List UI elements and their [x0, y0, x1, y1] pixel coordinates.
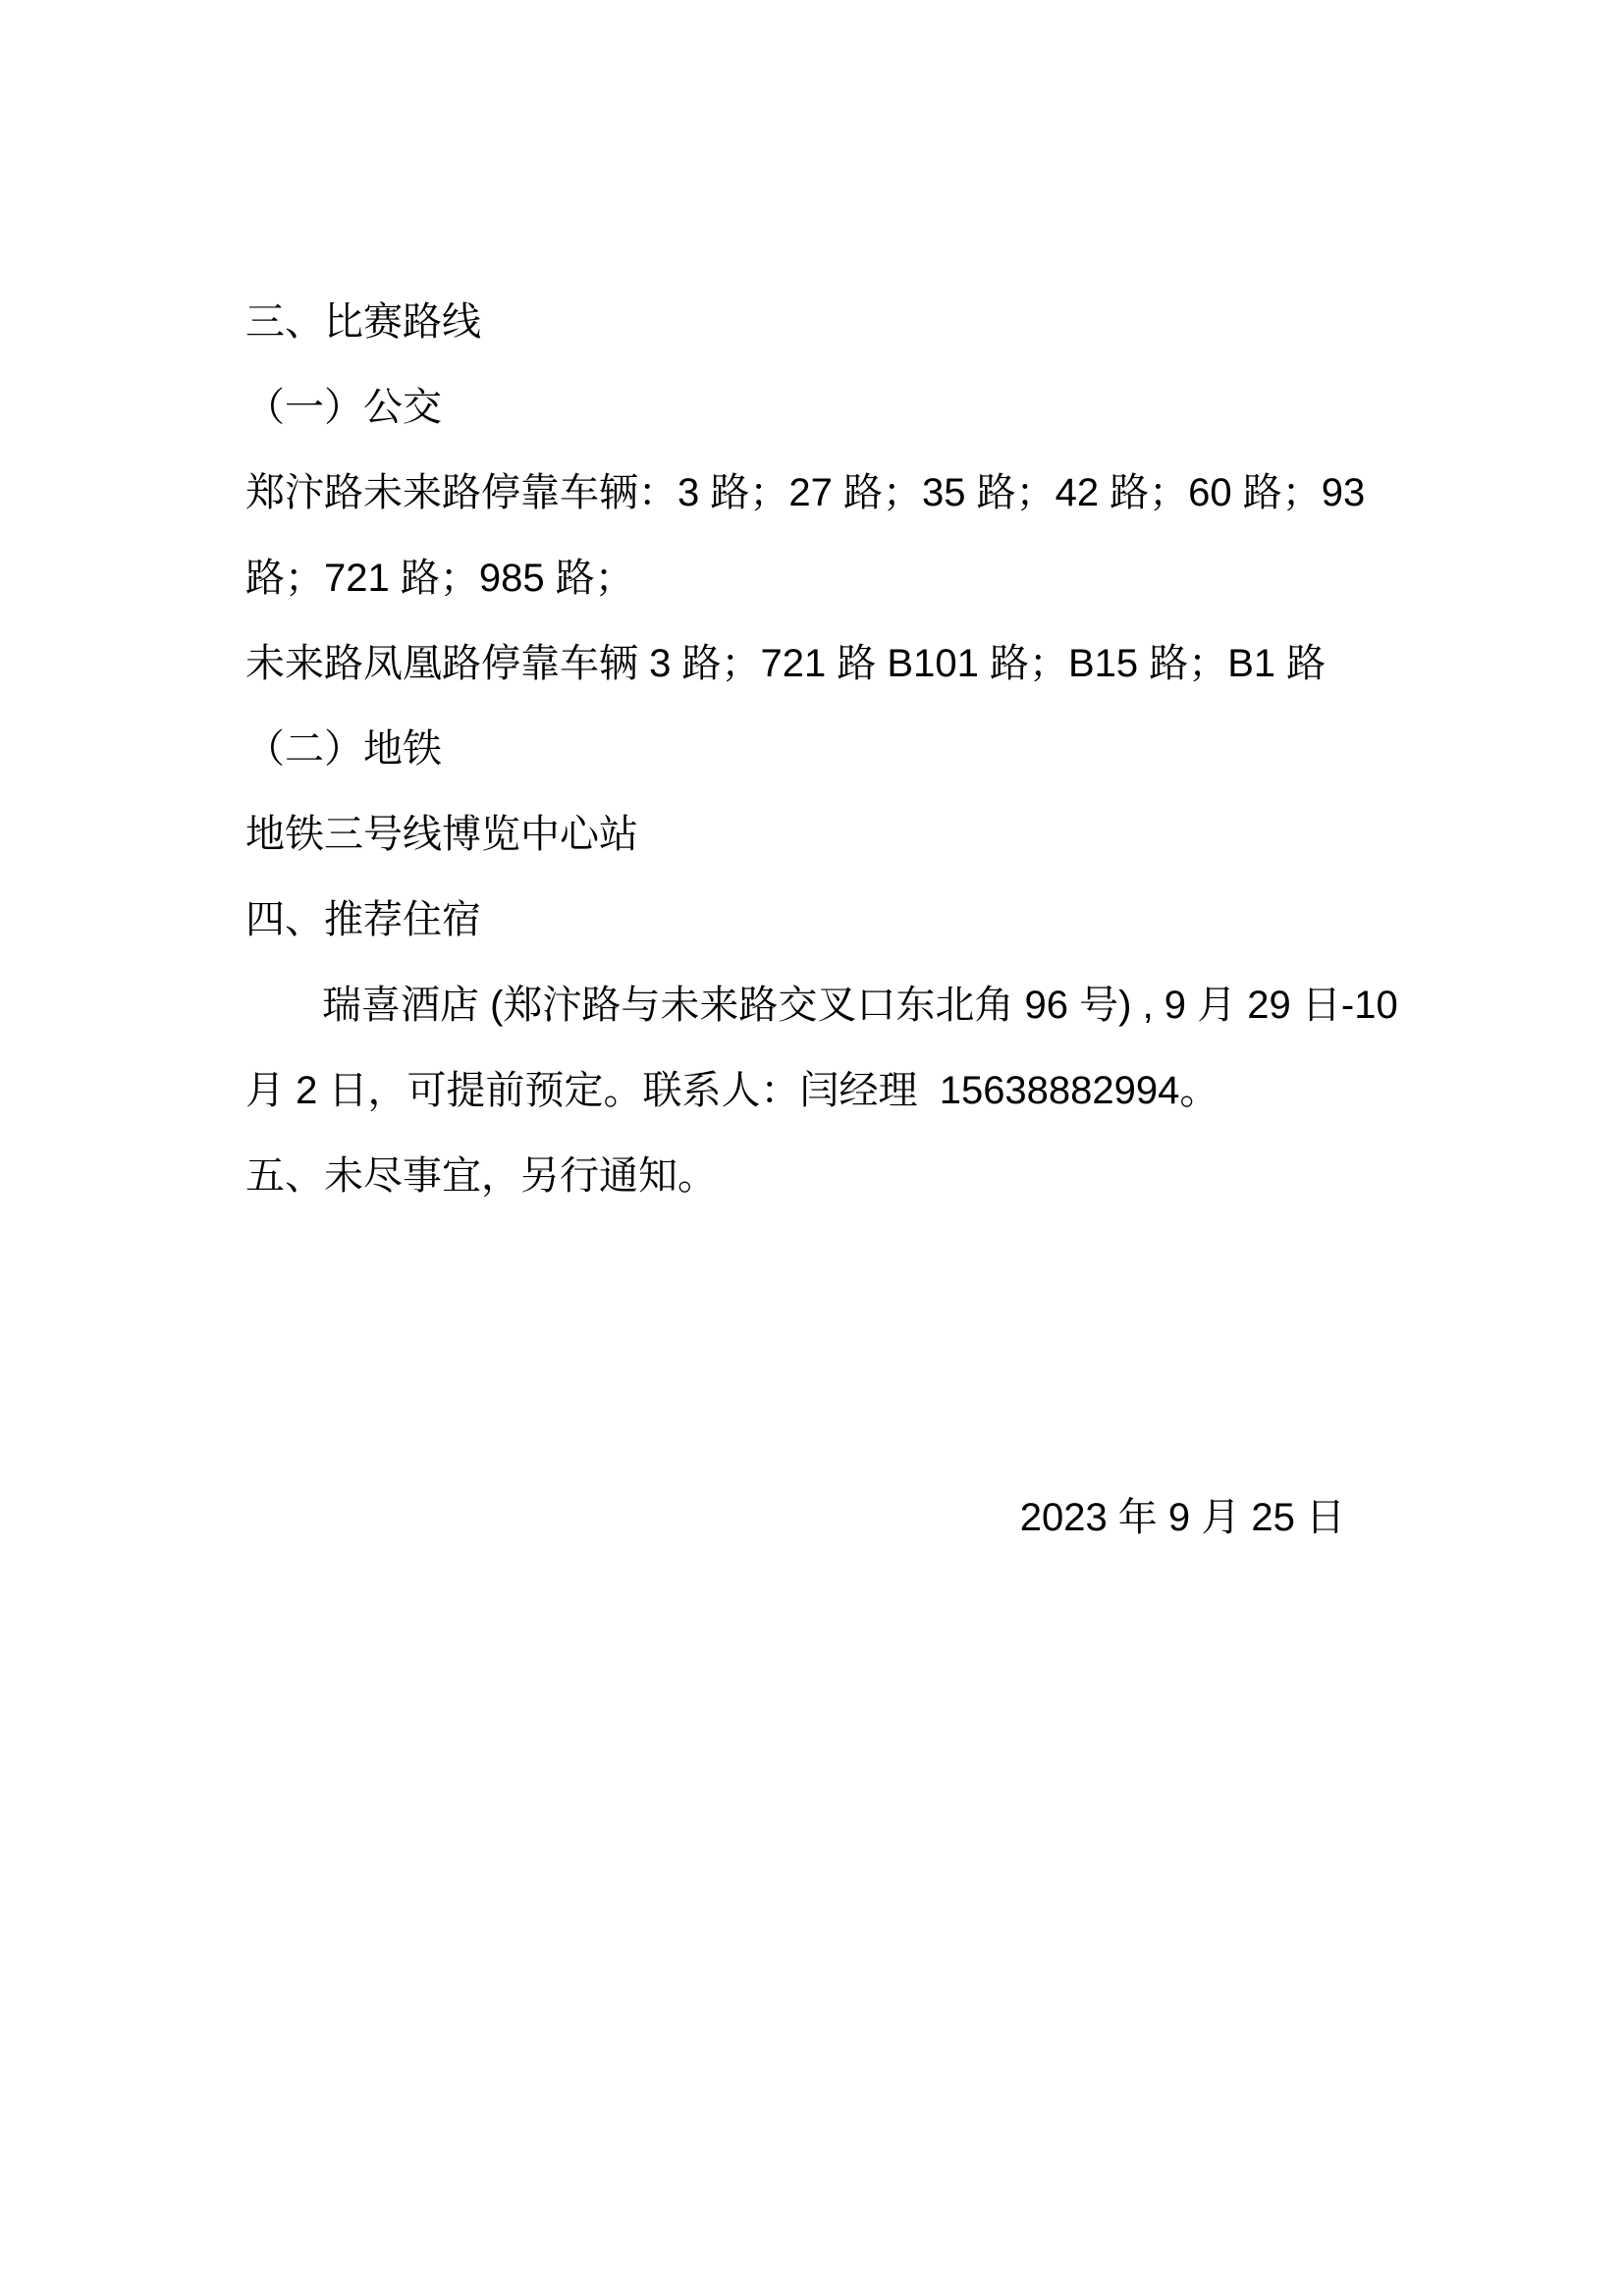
document-page: 三、比赛路线 （一）公交 郑汴路未来路停靠车辆：3 路；27 路；35 路；42… — [0, 0, 1624, 2296]
section-4-heading: 四、推荐住宿 — [245, 878, 1379, 963]
date-line: 2023 年 9 月 25 日 — [245, 1475, 1379, 1561]
bus-subheading: （一）公交 — [245, 365, 1379, 451]
subway-subheading: （二）地铁 — [245, 707, 1379, 792]
document-content: 三、比赛路线 （一）公交 郑汴路未来路停靠车辆：3 路；27 路；35 路；42… — [245, 280, 1379, 1561]
bus-routes-line-3: 未来路凤凰路停靠车辆 3 路；721 路 B101 路；B15 路；B1 路 — [245, 621, 1379, 707]
bus-routes-line-1: 郑汴路未来路停靠车辆：3 路；27 路；35 路；42 路；60 路；93 — [245, 451, 1379, 536]
subway-station-line: 地铁三号线博览中心站 — [245, 792, 1379, 878]
hotel-info-line-2: 月 2 日，可提前预定。联系人：闫经理 15638882994。 — [245, 1048, 1379, 1134]
hotel-info-line-1: 瑞喜酒店 (郑汴路与未来路交叉口东北角 96 号) , 9 月 29 日-10 — [245, 963, 1379, 1048]
section-5-heading: 五、未尽事宜，另行通知。 — [245, 1134, 1379, 1219]
bus-routes-line-2: 路；721 路；985 路； — [245, 536, 1379, 621]
section-3-heading: 三、比赛路线 — [245, 280, 1379, 365]
